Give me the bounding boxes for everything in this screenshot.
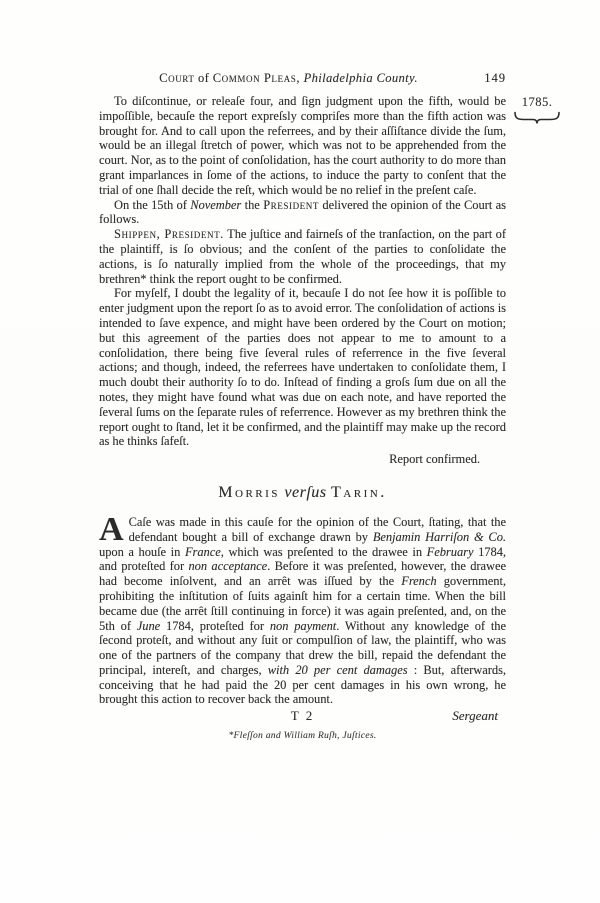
- body-paragraph-1: To diſcontinue, or releaſe four, and ſig…: [99, 94, 506, 198]
- year-label: 1785.: [512, 95, 562, 110]
- drop-cap: A: [99, 515, 129, 543]
- signature-row: T 2 Sergeant: [99, 709, 506, 726]
- margin-year-note: 1785.: [512, 95, 562, 124]
- running-head: Court of Common Pleas, Philadelphia Coun…: [99, 71, 506, 87]
- text-block: To diſcontinue, or releaſe four, and ſig…: [99, 94, 506, 744]
- case-paragraph-text: Caſe was made in this cauſe for the opin…: [99, 515, 506, 707]
- curly-brace-icon: [514, 111, 560, 124]
- body-paragraph-3: Shippen, President. The juſtice and fair…: [99, 227, 506, 286]
- running-head-title: Court of Common Pleas, Philadelphia Coun…: [99, 71, 478, 86]
- report-confirmed-line: Report confirmed.: [99, 452, 506, 467]
- catchword: Sergeant: [452, 709, 498, 724]
- page-number: 149: [484, 71, 506, 86]
- signature-mark: T 2: [291, 709, 314, 724]
- scanned-page: Court of Common Pleas, Philadelphia Coun…: [0, 0, 600, 903]
- case-paragraph: ACaſe was made in this cauſe for the opi…: [99, 515, 506, 707]
- body-paragraph-4: For myſelf, I doubt the legality of it, …: [99, 286, 506, 449]
- case-heading: Morris verſus Tarin.: [99, 484, 506, 502]
- footnote: *Fleſſon and William Ruſh, Juſtices.: [99, 729, 506, 744]
- body-paragraph-2: On the 15th of November the President de…: [99, 198, 506, 228]
